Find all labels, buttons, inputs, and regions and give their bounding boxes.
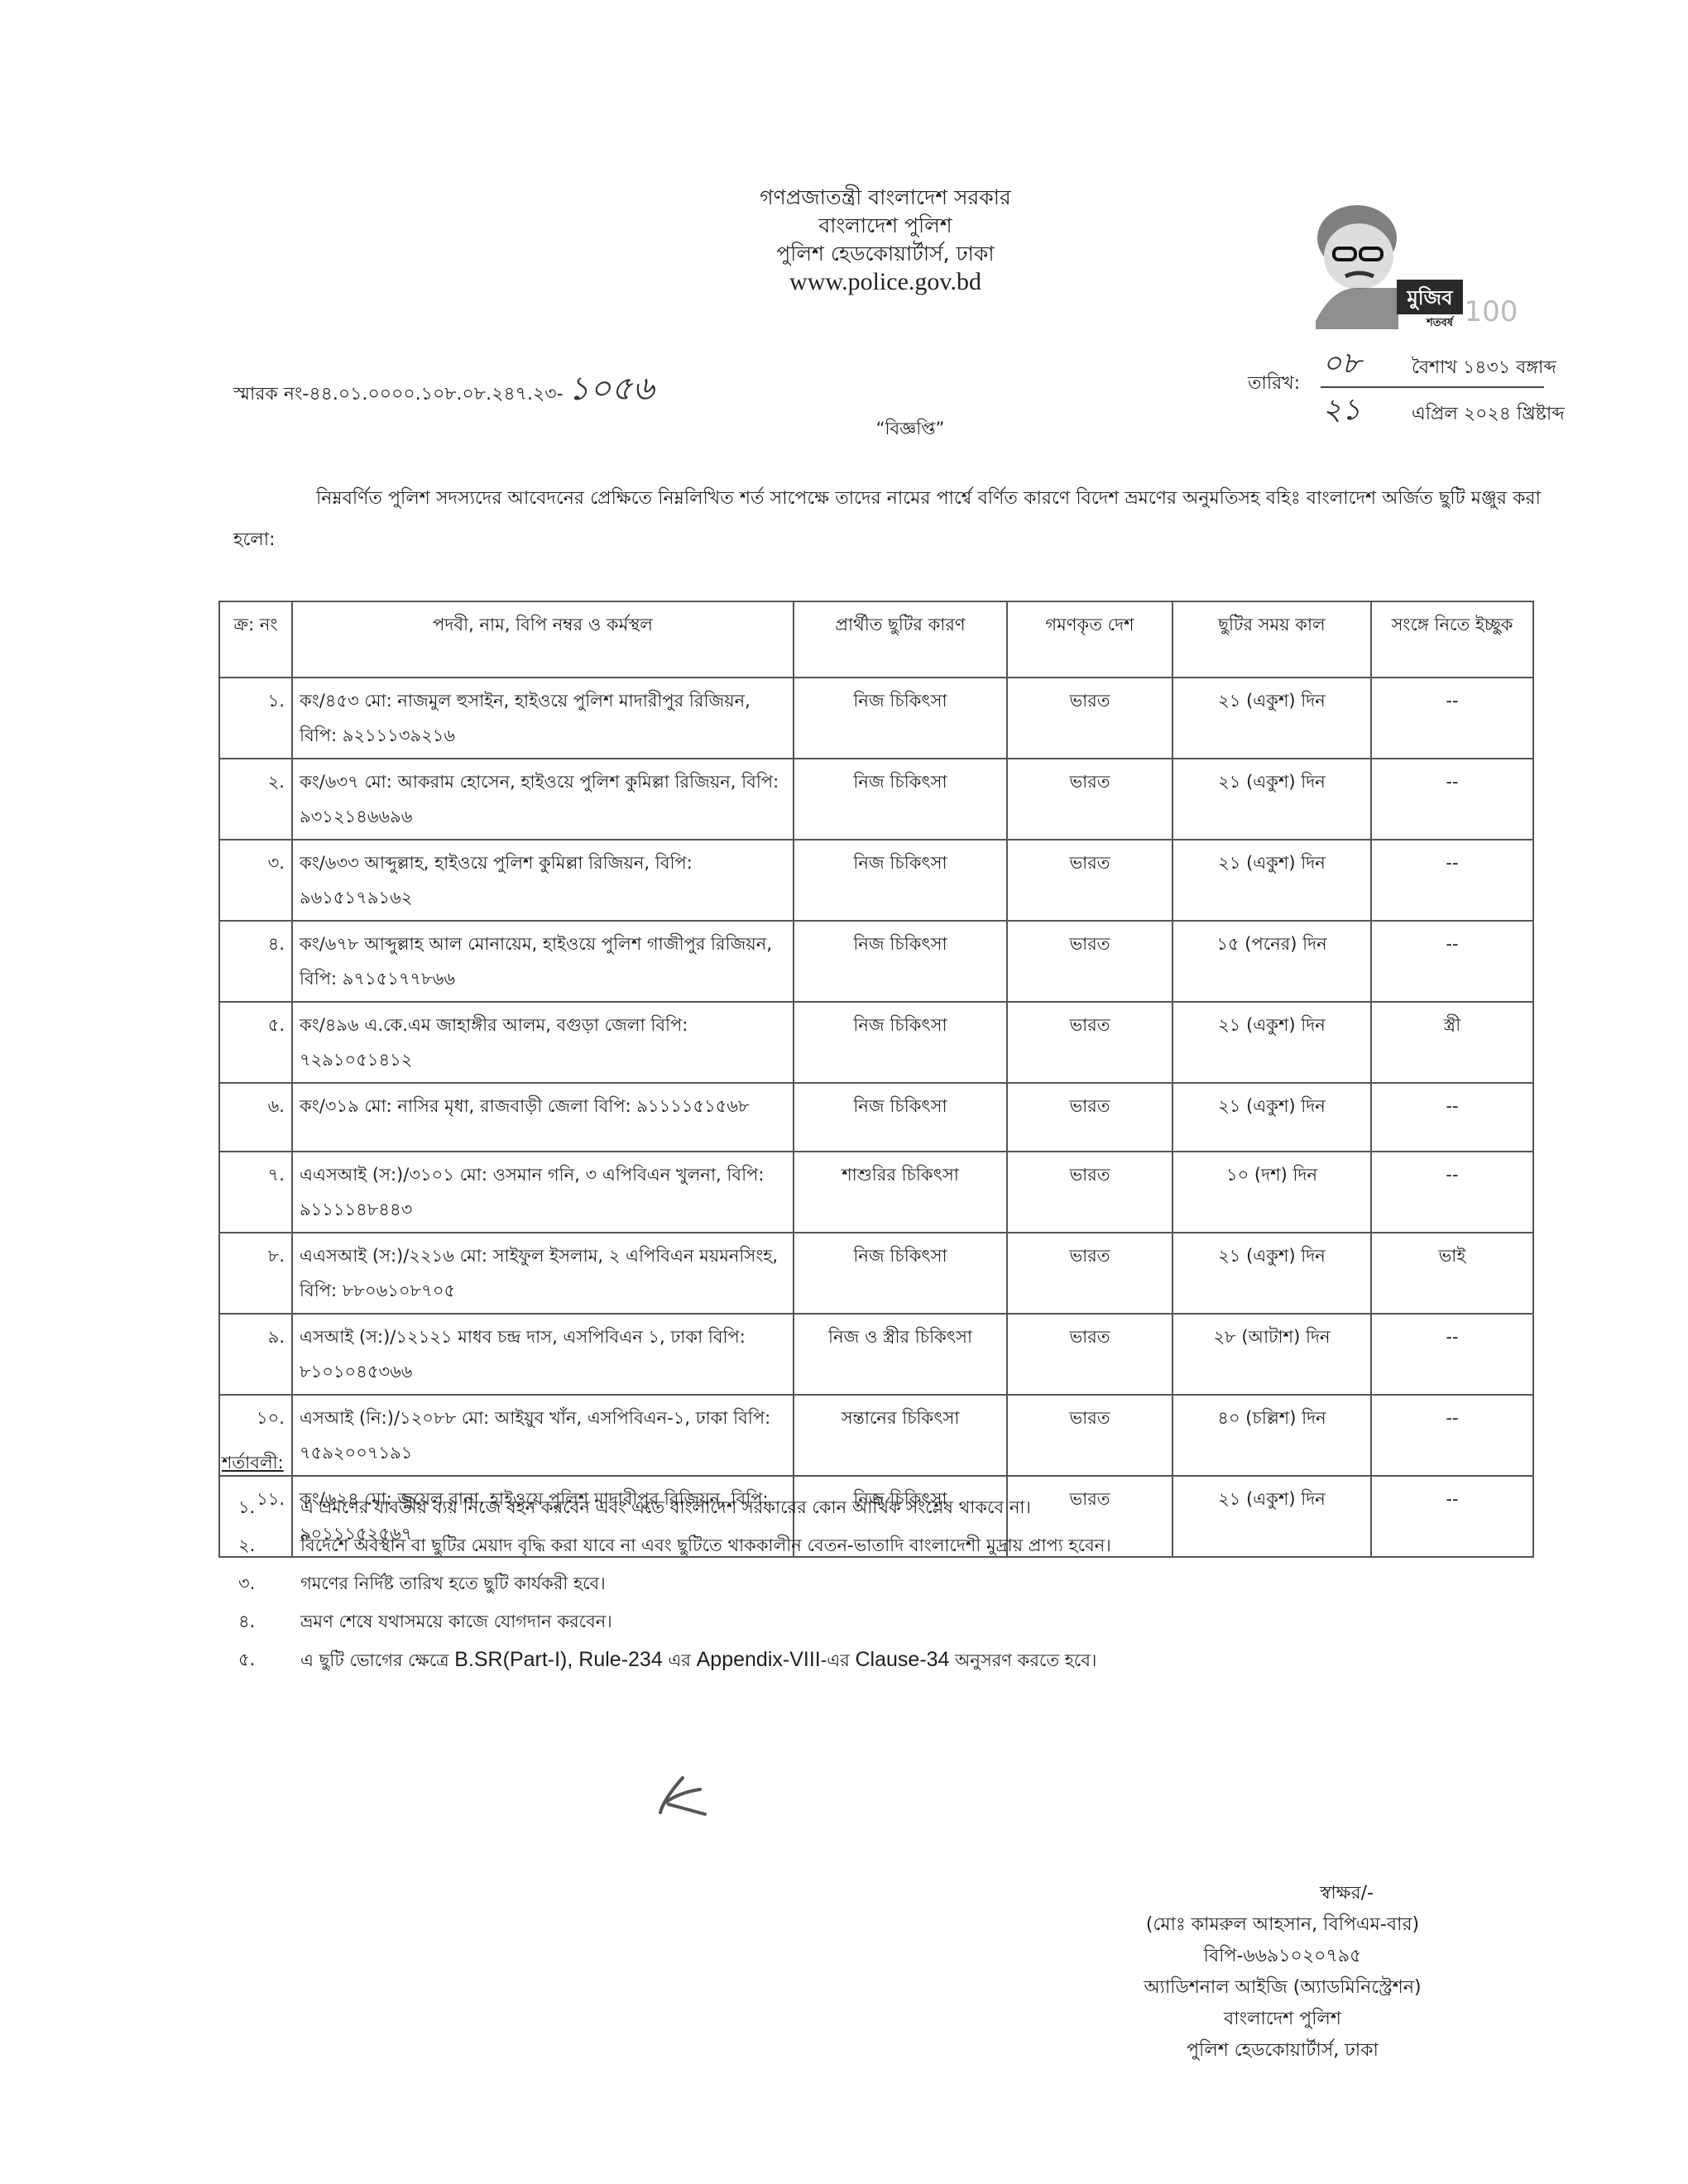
row-name: এসআই (স:)/১২১২১ মাধব চন্দ্র দাস, এসপিবিএ…	[292, 1314, 794, 1395]
row-companion: --	[1371, 1314, 1533, 1395]
row-reason: নিজ চিকিৎসা	[794, 1083, 1007, 1152]
row-serial: ৯.	[219, 1314, 292, 1395]
row-duration: ২১ (একুশ) দিন	[1172, 1083, 1371, 1152]
memo-handwritten-number: ১০৫৬	[568, 370, 655, 408]
row-companion: --	[1371, 921, 1533, 1002]
notice-title: “বিজ্ঞপ্তি”	[66, 415, 1688, 444]
row-duration: ২১ (একুশ) দিন	[1172, 678, 1371, 759]
condition-item: ২.বিদেশে অবস্থান বা ছুটির মেয়াদ বৃদ্ধি …	[222, 1526, 1111, 1564]
row-name: কং/৪৫৩ মো: নাজমুল হুসাইন, হাইওয়ে পুলিশ …	[292, 678, 794, 759]
row-serial: ৮.	[219, 1233, 292, 1314]
row-duration: ১৫ (পনের) দিন	[1172, 921, 1371, 1002]
row-companion: --	[1371, 1395, 1533, 1476]
table-row: ৩.কং/৬৩৩ আব্দুল্লাহ, হাইওয়ে পুলিশ কুমিল…	[219, 840, 1533, 921]
row-reason: নিজ ও স্ত্রীর চিকিৎসা	[794, 1314, 1007, 1395]
table-row: ৪.কং/৬৭৮ আব্দুল্লাহ আল মোনায়েম, হাইওয়ে…	[219, 921, 1533, 1002]
memo-number: স্মারক নং-৪৪.০১.০০০০.১০৮.০৮.২৪৭.২৩-১০৫৬	[233, 362, 654, 418]
row-reason: নিজ চিকিৎসা	[794, 1002, 1007, 1083]
signatory-bp: বিপি-৬৬৯১০২০৭৯৫	[1101, 1941, 1465, 1972]
row-companion: ভাই	[1371, 1233, 1533, 1314]
table-row: ৬.কং/৩১৯ মো: নাসির মৃধা, রাজবাড়ী জেলা ব…	[219, 1083, 1533, 1152]
table-row: ৯.এসআই (স:)/১২১২১ মাধব চন্দ্র দাস, এসপিব…	[219, 1314, 1533, 1395]
table-row: ৮.এএসআই (স:)/২২১৬ মো: সাইফুল ইসলাম, ২ এপ…	[219, 1233, 1533, 1314]
signature-block: স্বাক্ষর/- (মোঃ কামরুল আহসান, বিপিএম-বার…	[1101, 1878, 1465, 2067]
row-name: কং/৬৩৭ মো: আকরাম হোসেন, হাইওয়ে পুলিশ কু…	[292, 759, 794, 840]
row-duration: ১০ (দশ) দিন	[1172, 1152, 1371, 1233]
row-serial: ৭.	[219, 1152, 292, 1233]
conditions-heading: শর্তাবলী:	[222, 1449, 1111, 1478]
table-row: ৭.এএসআই (স:)/৩১০১ মো: ওসমান গনি, ৩ এপিবি…	[219, 1152, 1533, 1233]
row-companion: স্ত্রী	[1371, 1002, 1533, 1083]
row-duration: ২১ (একুশ) দিন	[1172, 1002, 1371, 1083]
table-row: ৫.কং/৪৯৬ এ.কে.এম জাহাঙ্গীর আলম, বগুড়া জ…	[219, 1002, 1533, 1083]
row-name: এএসআই (স:)/৩১০১ মো: ওসমান গনি, ৩ এপিবিএন…	[292, 1152, 794, 1233]
row-duration: ২১ (একুশ) দিন	[1172, 1233, 1371, 1314]
row-reason: নিজ চিকিৎসা	[794, 840, 1007, 921]
row-companion: --	[1371, 1083, 1533, 1152]
row-serial: ২.	[219, 759, 292, 840]
col-reason: প্রার্থীত ছুটির কারণ	[794, 601, 1007, 678]
col-name: পদবী, নাম, বিপি নম্বর ও কর্মস্থল	[292, 601, 794, 678]
bangla-day-handwritten: ০৮	[1322, 341, 1412, 390]
row-reason: নিজ চিকিৎসা	[794, 1233, 1007, 1314]
condition-item: ৪.ভ্রমণ শেষে যথাসময়ে কাজে যোগদান করবেন।	[222, 1602, 1111, 1640]
row-name: কং/৬৩৩ আব্দুল্লাহ, হাইওয়ে পুলিশ কুমিল্ল…	[292, 840, 794, 921]
row-reason: নিজ চিকিৎসা	[794, 678, 1007, 759]
memo-label: স্মারক নং-৪৪.০১.০০০০.১০৮.০৮.২৪৭.২৩-	[233, 384, 563, 405]
col-companion: সংঙ্গে নিতে ইচ্ছুক	[1371, 601, 1533, 678]
row-serial: ১.	[219, 678, 292, 759]
row-country: ভারত	[1007, 1002, 1172, 1083]
conditions-section: শর্তাবলী: ১.এ ভ্রমণের যাবতীয় ব্যয় নিজে…	[222, 1449, 1111, 1679]
row-name: এএসআই (স:)/২২১৬ মো: সাইফুল ইসলাম, ২ এপিব…	[292, 1233, 794, 1314]
bangla-date: বৈশাখ ১৪৩১ বঙ্গাব্দ	[1412, 357, 1556, 378]
signed-label: স্বাক্ষর/-	[1101, 1878, 1465, 1909]
row-companion: --	[1371, 678, 1533, 759]
signatory-designation: অ্যাডিশনাল আইজি (অ্যাডমিনিস্ট্রেশন)	[1101, 1972, 1465, 2004]
row-duration: ২১ (একুশ) দিন	[1172, 1476, 1371, 1557]
svg-text:100: 100	[1465, 295, 1518, 328]
row-name: কং/৩১৯ মো: নাসির মৃধা, রাজবাড়ী জেলা বিপ…	[292, 1083, 794, 1152]
table-header-row: ক্র: নং পদবী, নাম, বিপি নম্বর ও কর্মস্থল…	[219, 601, 1533, 678]
row-reason: শাশুরির চিকিৎসা	[794, 1152, 1007, 1233]
row-serial: ৫.	[219, 1002, 292, 1083]
handwritten-initial-mark	[654, 1774, 712, 1816]
row-companion: --	[1371, 1476, 1533, 1557]
row-name: কং/৪৯৬ এ.কে.এম জাহাঙ্গীর আলম, বগুড়া জেল…	[292, 1002, 794, 1083]
signatory-org: বাংলাদেশ পুলিশ	[1101, 2004, 1465, 2035]
condition-item: ৩.গমণের নির্দিষ্ট তারিখ হতে ছুটি কার্যকর…	[222, 1564, 1111, 1602]
row-serial: ৬.	[219, 1083, 292, 1152]
row-country: ভারত	[1007, 678, 1172, 759]
row-country: ভারত	[1007, 840, 1172, 921]
row-duration: ৪০ (চল্লিশ) দিন	[1172, 1395, 1371, 1476]
row-reason: নিজ চিকিৎসা	[794, 759, 1007, 840]
row-name: কং/৬৭৮ আব্দুল্লাহ আল মোনায়েম, হাইওয়ে প…	[292, 921, 794, 1002]
row-serial: ৩.	[219, 840, 292, 921]
mujib-centenary-logo: মুজিব শতবর্ষ 100	[1299, 197, 1523, 329]
row-reason: নিজ চিকিৎসা	[794, 921, 1007, 1002]
row-companion: --	[1371, 1152, 1533, 1233]
row-serial: ৪.	[219, 921, 292, 1002]
row-country: ভারত	[1007, 921, 1172, 1002]
row-companion: --	[1371, 840, 1533, 921]
row-companion: --	[1371, 759, 1533, 840]
table-row: ১.কং/৪৫৩ মো: নাজমুল হুসাইন, হাইওয়ে পুলি…	[219, 678, 1533, 759]
row-duration: ২১ (একুশ) দিন	[1172, 759, 1371, 840]
row-country: ভারত	[1007, 1152, 1172, 1233]
signatory-name: (মোঃ কামরুল আহসান, বিপিএম-বার)	[1101, 1909, 1465, 1941]
col-serial: ক্র: নং	[219, 601, 292, 678]
intro-paragraph: নিম্নবর্ণিত পুলিশ সদস্যদের আবেদনের প্রেক…	[233, 478, 1541, 561]
col-country: গমণকৃত দেশ	[1007, 601, 1172, 678]
svg-text:মুজিব: মুজিব	[1406, 285, 1454, 310]
row-country: ভারত	[1007, 1233, 1172, 1314]
row-country: ভারত	[1007, 1314, 1172, 1395]
row-country: ভারত	[1007, 759, 1172, 840]
date-label: তারিখ:	[1248, 369, 1300, 400]
svg-text:শতবর্ষ: শতবর্ষ	[1426, 315, 1455, 329]
table-row: ২.কং/৬৩৭ মো: আকরাম হোসেন, হাইওয়ে পুলিশ …	[219, 759, 1533, 840]
leave-approval-table: ক্র: নং পদবী, নাম, বিপি নম্বর ও কর্মস্থল…	[218, 601, 1534, 1558]
col-duration: ছুটির সময় কাল	[1172, 601, 1371, 678]
row-country: ভারত	[1007, 1083, 1172, 1152]
condition-item: ১.এ ভ্রমণের যাবতীয় ব্যয় নিজে বহন করবেন…	[222, 1488, 1111, 1526]
condition-item: ৫.এ ছুটি ভোগের ক্ষেত্রে B.SR(Part-I), Ru…	[222, 1640, 1111, 1679]
row-duration: ২১ (একুশ) দিন	[1172, 840, 1371, 921]
signatory-office: পুলিশ হেডকোয়ার্টার্স, ঢাকা	[1101, 2035, 1465, 2067]
row-duration: ২৮ (আটাশ) দিন	[1172, 1314, 1371, 1395]
